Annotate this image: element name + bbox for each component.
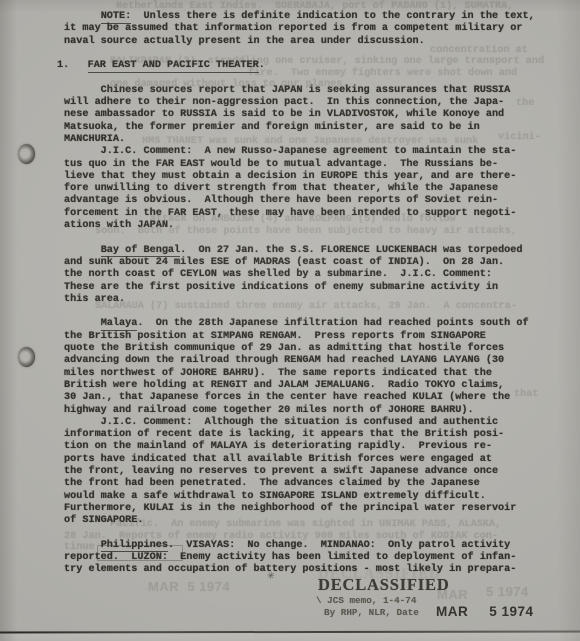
text-line: this area. bbox=[64, 294, 535, 306]
text-line: MANCHURIA. bbox=[64, 134, 535, 146]
stamp-signature-line: By RHP, NLR, Date bbox=[324, 607, 419, 618]
date-stamp-month: MAR bbox=[436, 604, 468, 620]
text-line: Malaya. On the 28th Japanese infiltratio… bbox=[64, 318, 535, 330]
hole-punch bbox=[18, 144, 35, 164]
text-line: Furthermore, KULAI is in the neighborhoo… bbox=[64, 503, 535, 515]
text-line: try elements and occupation of battery p… bbox=[64, 564, 535, 576]
text-line: the front had been penetrated. The advan… bbox=[64, 478, 535, 490]
bleed-through-text: MAR 5 1974 bbox=[148, 579, 230, 594]
text-line: J.I.C. Comment: Although the situation i… bbox=[64, 417, 535, 429]
text-line: naval source actually present in the are… bbox=[64, 36, 535, 48]
text-line: highway and railroad come together 20 mi… bbox=[64, 405, 535, 417]
text-line: Bay of Bengal. On 27 Jan. the S.S. FLORE… bbox=[64, 245, 535, 257]
text-line: tion on the mainland of MALAYA is deteri… bbox=[64, 441, 535, 453]
document-body: NOTE: Unless there is definite indicatio… bbox=[64, 11, 535, 577]
stamp-memo-line: \ JCS memo, 1-4-74 bbox=[316, 595, 416, 606]
text-line: of SINGAPORE. bbox=[64, 515, 535, 527]
scan-background-strip bbox=[0, 633, 580, 641]
bleed-through-text: 5 1974 bbox=[486, 584, 529, 599]
text-line: information of recent date is lacking, i… bbox=[64, 429, 535, 441]
text-line: Chinese sources report that JAPAN is see… bbox=[64, 85, 535, 97]
text-line: the front, leaving no reserves to preven… bbox=[64, 466, 535, 478]
text-line bbox=[64, 72, 535, 84]
text-line bbox=[64, 306, 535, 318]
date-stamp: MAR5 1974 bbox=[436, 604, 534, 620]
text-line: forcement in the FAR EAST, these may hav… bbox=[64, 208, 535, 220]
text-line: fore unwilling to divert strength from t… bbox=[64, 183, 535, 195]
declassified-stamp: DECLASSIFIED bbox=[318, 575, 450, 595]
date-stamp-day-year: 5 1974 bbox=[489, 604, 533, 620]
text-line: These are the first positive indications… bbox=[64, 282, 535, 294]
text-line: NOTE: Unless there is definite indicatio… bbox=[64, 11, 535, 23]
luzon-annotation-box bbox=[97, 545, 183, 561]
text-line: the British position at SIMPANG RENGAM. … bbox=[64, 331, 535, 343]
text-line: 30 Jan., that Japanese forces in the cen… bbox=[64, 392, 535, 404]
text-line: lieve that they must obtain a decision i… bbox=[64, 171, 535, 183]
text-line bbox=[64, 48, 535, 60]
text-line: will adhere to their non-aggression pact… bbox=[64, 97, 535, 109]
document-page: Netherlands East Indies. SOERABAJA, port… bbox=[0, 0, 580, 641]
text-line: 1. FAR EAST AND PACIFIC THEATER. bbox=[57, 60, 535, 72]
text-line: the north coast of CEYLON was shelled by… bbox=[64, 269, 535, 281]
text-line bbox=[64, 232, 535, 244]
text-line: it may be assumed that information repor… bbox=[64, 23, 535, 35]
text-line: nese ambassador to RUSSIA is said to be … bbox=[64, 109, 535, 121]
text-line: British were holding at RENGIT and JALAM… bbox=[64, 380, 535, 392]
text-line: would make a safe withdrawal to SINGAPOR… bbox=[64, 491, 535, 503]
text-line: ports have indicated that all available … bbox=[64, 454, 535, 466]
text-line bbox=[64, 527, 535, 539]
text-line: ations with JAPAN. bbox=[64, 220, 535, 232]
text-line: quote the British communique of 29 Jan. … bbox=[64, 343, 535, 355]
text-line: advantage is obvious. Although there hav… bbox=[64, 195, 535, 207]
text-line: tus quo in the FAR EAST would be to mutu… bbox=[64, 159, 535, 171]
text-line: and sunk about 24 miles ESE of MADRAS (e… bbox=[64, 257, 535, 269]
text-line: J.I.C. Comment: A new Russo-Japanese agr… bbox=[64, 146, 535, 158]
text-line: advancing down the railroad through RENG… bbox=[64, 355, 535, 367]
text-line: Matsuoka, the former premier and foreign… bbox=[64, 122, 535, 134]
text-line: miles northwest of JOHORE BAHRU). The sa… bbox=[64, 368, 535, 380]
hole-punch bbox=[18, 347, 35, 367]
